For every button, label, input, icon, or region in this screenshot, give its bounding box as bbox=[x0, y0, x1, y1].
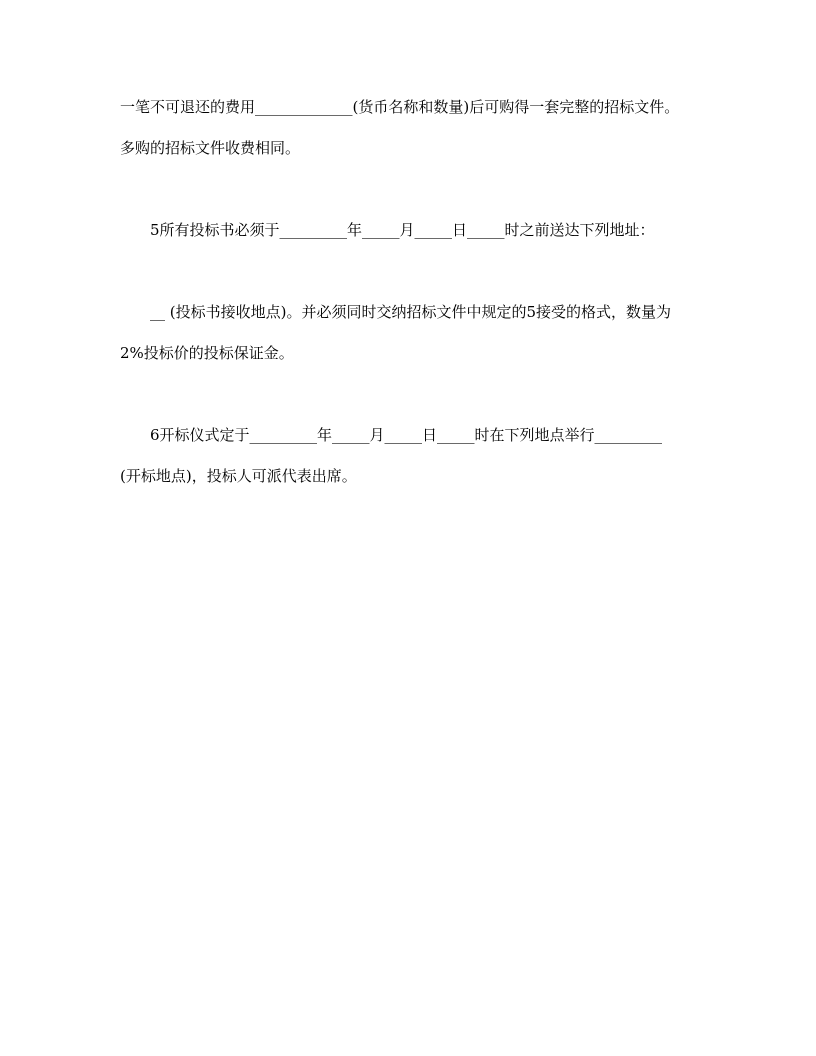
paragraph-bid-security-clause: __ (投标书接收地点)。并必须同时交纳招标文件中规定的5接受的格式，数量为 2… bbox=[120, 292, 710, 374]
document-content: 一笔不可退还的费用_____________(货币名称和数量)后可购得一套完整的… bbox=[120, 87, 710, 538]
text-line: 多购的招标文件收费相同。 bbox=[120, 128, 710, 169]
paragraph-bid-opening-clause: 6开标仪式定于_________年_____月_____日_____时在下列地点… bbox=[120, 415, 710, 497]
text-line: 6开标仪式定于_________年_____月_____日_____时在下列地点… bbox=[120, 415, 710, 456]
document-page: 一笔不可退还的费用_____________(货币名称和数量)后可购得一套完整的… bbox=[0, 0, 816, 1056]
paragraph-bid-deadline-clause: 5所有投标书必须于_________年_____月_____日_____时之前送… bbox=[120, 210, 710, 251]
text-line: 5所有投标书必须于_________年_____月_____日_____时之前送… bbox=[120, 210, 710, 251]
text-line: 一笔不可退还的费用_____________(货币名称和数量)后可购得一套完整的… bbox=[120, 87, 710, 128]
text-line: 2%投标价的投标保证金。 bbox=[120, 333, 710, 374]
text-line: __ (投标书接收地点)。并必须同时交纳招标文件中规定的5接受的格式，数量为 bbox=[120, 292, 710, 333]
text-line: (开标地点)，投标人可派代表出席。 bbox=[120, 456, 710, 497]
paragraph-fee-clause: 一笔不可退还的费用_____________(货币名称和数量)后可购得一套完整的… bbox=[120, 87, 710, 169]
